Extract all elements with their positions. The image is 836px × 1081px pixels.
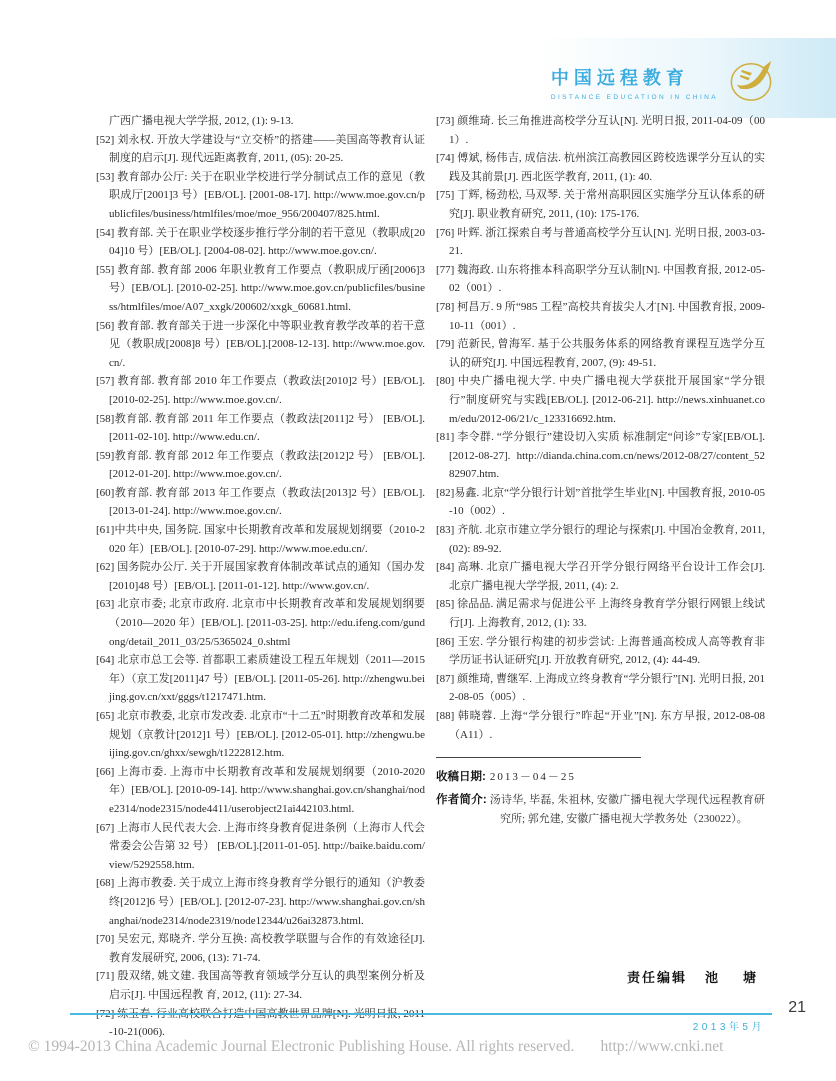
reference-item: [56] 教育部. 教育部关于进一步深化中等职业教育教学改革的若干意见（教职成[… [96, 317, 425, 373]
editor-name: 池 塘 [705, 970, 762, 985]
reference-item: [71] 殷双绪, 姚文建. 我国高等教育领域学分互认的典型案例分析及启示[J]… [96, 967, 425, 1004]
reference-item: [63] 北京市委; 北京市政府. 北京市中长期教育改革和发展规划纲要（2010… [96, 595, 425, 651]
references-right-column: [73] 颜维琦. 长三角推进高校学分互认[N]. 光明日报, 2011-04-… [436, 112, 765, 1042]
references-left-column: 广西广播电视大学学报, 2012, (1): 9-13.[52] 刘永权. 开放… [96, 112, 425, 1042]
author-bio-text: 汤诗华, 毕磊, 朱祖林, 安徽广播电视大学现代远程教育研究所; 郭允建, 安徽… [487, 794, 765, 825]
references-section: 广西广播电视大学学报, 2012, (1): 9-13.[52] 刘永权. 开放… [96, 112, 765, 1042]
author-bio-label: 作者简介: [436, 794, 487, 806]
journal-logo: 中国远程教育 DISTANCE EDUCATION IN CHINA [551, 57, 774, 108]
reference-item: [88] 韩晓蓉. 上海“学分银行”昨起“开业”[N]. 东方早报, 2012-… [436, 707, 765, 744]
reference-item: [82]易鑫. 北京“学分银行计划”首批学生毕业[N]. 中国教育报, 2010… [436, 484, 765, 521]
reference-item: [77] 魏海政. 山东将推本科高职学分互认制[N]. 中国教育报, 2012-… [436, 261, 765, 298]
received-date-label: 收稿日期: [436, 771, 486, 783]
reference-item: [54] 教育部. 关于在职业学校逐步推行学分制的若干意见（教职成[2004]1… [96, 224, 425, 261]
reference-item: [79] 范新民, 曾海军. 基于公共服务体系的网络教育课程互选学分互认的研究[… [436, 335, 765, 372]
reference-item: [81] 李令群. “学分银行”建设切入实质 标准制定“问诊”专家[EB/OL]… [436, 428, 765, 484]
reference-item: [75] 丁辉, 杨劲松, 马双琴. 关于常州高职园区实施学分互认体系的研究[J… [436, 186, 765, 223]
reference-item: [76] 叶辉. 浙江探索自考与普通高校学分互认[N]. 光明日报, 2003-… [436, 224, 765, 261]
reference-item: [64] 北京市总工会等. 首都职工素质建设工程五年规划（2011—2015 年… [96, 651, 425, 707]
reference-item: [85] 徐品品. 满足需求与促进公平 上海终身教育学分银行网银上线试行[J].… [436, 595, 765, 632]
reference-item: [53] 教育部办公厅: 关于在职业学校进行学分制试点工作的意见（教职成厅[20… [96, 168, 425, 224]
reference-item: [52] 刘永权. 开放大学建设与“立交桥”的搭建——美国高等教育认证制度的启示… [96, 131, 425, 168]
reference-item: [58]教育部. 教育部 2011 年工作要点（教政法[2011]2 号） [E… [96, 410, 425, 447]
notes-divider [436, 757, 641, 758]
reference-item: [59]教育部. 教育部 2012 年工作要点（教政法[2012]2 号） [E… [96, 447, 425, 484]
reference-item: [67] 上海市人民代表大会. 上海市终身教育促进条例（上海市人代会常委会公告第… [96, 819, 425, 875]
reference-item: [80] 中央广播电视大学. 中央广播电视大学获批开展国家“学分银行”制度研究与… [436, 372, 765, 428]
reference-item: [84] 高琳. 北京广播电视大学召开学分银行网络平台设计工作会[J]. 北京广… [436, 558, 765, 595]
reference-item: [72] 练玉春. 行业高校联合打造中国高教世界品牌[N]. 光明日报, 201… [96, 1005, 425, 1042]
reference-item: [57] 教育部. 教育部 2010 年工作要点（教政法[2010]2 号）[E… [96, 372, 425, 409]
reference-item: [78] 柯昌万. 9 所“985 工程”高校共育拔尖人才[N]. 中国教育报,… [436, 298, 765, 335]
reference-item: [65] 北京市教委, 北京市发改委. 北京市“十二五”时期教育改革和发展规划（… [96, 707, 425, 763]
author-bio-line: 作者简介: 汤诗华, 毕磊, 朱祖林, 安徽广播电视大学现代远程教育研究所; 郭… [436, 791, 765, 829]
copyright-text: © 1994-2013 China Academic Journal Elect… [28, 1038, 574, 1055]
reference-item: [60]教育部. 教育部 2013 年工作要点（教政法[2013]2 号）[EB… [96, 484, 425, 521]
reference-item: [70] 吴宏元, 郑晓齐. 学分互换: 高校教学联盟与合作的有效途径[J]. … [96, 930, 425, 967]
cnki-url: http://www.cnki.net [600, 1038, 723, 1055]
received-date-line: 收稿日期:2013－04－25 [436, 768, 765, 787]
reference-item: [86] 王宏. 学分银行构建的初步尝试: 上海普通高校成人高等教育非学历证书认… [436, 633, 765, 670]
editor-label: 责任编辑 [627, 970, 687, 985]
page-number: 21 [788, 999, 806, 1017]
journal-emblem-bird-icon [728, 57, 774, 108]
reference-item: [62] 国务院办公厅. 关于开展国家教育体制改革试点的通知（国办发[2010]… [96, 558, 425, 595]
reference-item: [66] 上海市委. 上海市中长期教育改革和发展规划纲要（2010-2020 年… [96, 763, 425, 819]
journal-subtitle: DISTANCE EDUCATION IN CHINA [551, 94, 718, 101]
reference-item: [61]中共中央, 国务院. 国家中长期教育改革和发展规划纲要（2010-202… [96, 521, 425, 558]
reference-item: [74] 傅斌, 杨伟吉, 成信法. 杭州滨江高教园区跨校选课学分互认的实践及其… [436, 149, 765, 186]
issue-date: 2013年5月 [693, 1018, 765, 1033]
footer-rule [70, 1013, 772, 1015]
references-right-list: [73] 颜维琦. 长三角推进高校学分互认[N]. 光明日报, 2011-04-… [436, 112, 765, 744]
reference-item: 广西广播电视大学学报, 2012, (1): 9-13. [96, 112, 425, 131]
reference-item: [73] 颜维琦. 长三角推进高校学分互认[N]. 光明日报, 2011-04-… [436, 112, 765, 149]
reference-item: [87] 颜维琦, 曹继军. 上海成立终身教育“学分银行”[N]. 光明日报, … [436, 670, 765, 707]
journal-title: 中国远程教育 [551, 64, 689, 90]
editor-credit: 责任编辑池 塘 [627, 967, 762, 986]
copyright-bar: © 1994-2013 China Academic Journal Elect… [28, 1038, 818, 1056]
reference-item: [68] 上海市教委. 关于成立上海市终身教育学分银行的通知（沪教委终[2012… [96, 874, 425, 930]
reference-item: [55] 教育部. 教育部 2006 年职业教育工作要点（教职成厅函[2006]… [96, 261, 425, 317]
received-date-value: 2013－04－25 [490, 771, 576, 783]
reference-item: [83] 齐航. 北京市建立学分银行的理论与探索[J]. 中国冶金教育, 201… [436, 521, 765, 558]
